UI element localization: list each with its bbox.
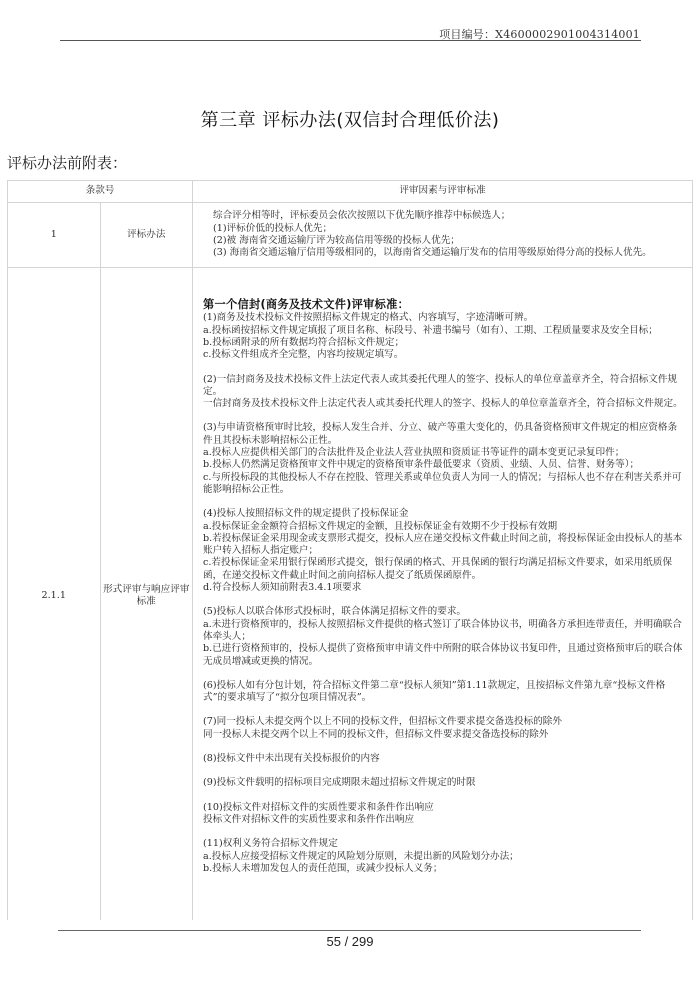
clause-number: 2.1.1: [8, 268, 101, 920]
criteria-block-10: (10)投标文件对招标文件的实质性要求和条件作出响应 投标文件对招标文件的实质性…: [203, 802, 686, 827]
criteria-line: c.与所投标段的其他投标人不存在控股、管理关系或单位负责人为同一人的情况；与招标…: [203, 472, 686, 497]
criteria-line: b.投标人仍然满足资格预审文件中规定的资格预审条件最低要求（资质、业绩、人员、信…: [203, 459, 686, 471]
criteria-line: (3) 海南省交通运输厅信用等级相同的，以海南省交通运输厅发布的信用等级原始得分…: [203, 247, 684, 259]
header-criteria: 评审因素与评审标准: [193, 181, 693, 203]
header-divider: [60, 40, 641, 41]
criteria-cell: 综合评分相等时，评标委员会依次按照以下优先顺序推荐中标候选人； (1)评标价低的…: [193, 203, 693, 268]
criteria-line: c.投标文件组成齐全完整，内容均按规定填写。: [203, 349, 686, 361]
criteria-block-11: (11)权利义务符合招标文件规定 a.投标人应接受招标文件规定的风险划分原则，未…: [203, 838, 686, 875]
clause-item: 形式评审与响应评审标准: [100, 268, 193, 920]
chapter-title: 第三章 评标办法(双信封合理低价法): [0, 106, 700, 132]
header-clause-no: 条款号: [8, 181, 193, 203]
criteria-line: (10)投标文件对招标文件的实质性要求和条件作出响应: [203, 802, 686, 814]
criteria-line: b.若投标保证金采用现金或支票形式提交，投标人应在递交投标文件截止时间之前，将投…: [203, 533, 686, 558]
criteria-block-3: (3)与申请资格预审时比较，投标人发生合并、分立、破产等重大变化的，仍具备资格预…: [203, 422, 686, 496]
criteria-line: d.符合投标人须知前附表3.4.1项要求: [203, 582, 686, 594]
criteria-line: (6)投标人如有分包计划，符合招标文件第二章“投标人须知”第1.11款规定，且按…: [203, 680, 686, 705]
criteria-line: 投标文件对招标文件的实质性要求和条件作出响应: [203, 814, 686, 826]
criteria-line: b.投标人未增加发包人的责任范围，或减少投标人义务；: [203, 863, 686, 875]
table-row: 2.1.1 形式评审与响应评审标准 第一个信封(商务及技术文件)评审标准： (1…: [8, 268, 693, 920]
criteria-block-4: (4)投标人按照招标文件的规定提供了投标保证金 a.投标保证金金额符合招标文件规…: [203, 508, 686, 594]
criteria-block-8: (8)投标文件中未出现有关投标报价的内容: [203, 753, 686, 765]
table-row: 1 评标办法 综合评分相等时，评标委员会依次按照以下优先顺序推荐中标候选人； (…: [8, 203, 693, 268]
clause-number: 1: [8, 203, 101, 268]
criteria-line: a.投标函按招标文件规定填报了项目名称、标段号、补遗书编号（如有）、工期、工程质…: [203, 325, 686, 337]
criteria-line: 一信封商务及技术投标文件上法定代表人或其委托代理人的签字、投标人的单位章盖章齐全…: [203, 398, 686, 410]
criteria-line: a.投标人应接受招标文件规定的风险划分原则，未提出新的风险划分办法；: [203, 851, 686, 863]
criteria-line: (1)商务及技术投标文件按照招标文件规定的格式、内容填写，字迹清晰可辨。: [203, 312, 686, 324]
criteria-line: a.未进行资格预审的，投标人按照招标文件提供的格式签订了联合体协议书，明确各方承…: [203, 619, 686, 644]
page-number: 55 / 299: [0, 934, 700, 949]
envelope-title: 第一个信封(商务及技术文件)评审标准：: [203, 298, 686, 312]
criteria-line: (9)投标文件载明的招标项目完成期限未超过招标文件规定的时限: [203, 777, 686, 789]
criteria-line: a.投标人应提供相关部门的合法批件及企业法人营业执照和资质证书等证件的副本变更记…: [203, 447, 686, 459]
footer-divider: [58, 930, 641, 931]
clause-item: 评标办法: [100, 203, 193, 268]
criteria-line: a.投标保证金金额符合招标文件规定的金额，且投标保证金有效期不少于投标有效期: [203, 521, 686, 533]
criteria-block-9: (9)投标文件载明的招标项目完成期限未超过招标文件规定的时限: [203, 777, 686, 789]
criteria-block-6: (6)投标人如有分包计划，符合招标文件第二章“投标人须知”第1.11款规定，且按…: [203, 680, 686, 705]
criteria-line: (5)投标人以联合体形式投标时，联合体满足招标文件的要求。: [203, 606, 686, 618]
criteria-line: b.投标函附录的所有数据均符合招标文件规定；: [203, 337, 686, 349]
criteria-line: (11)权利义务符合招标文件规定: [203, 838, 686, 850]
criteria-line: (1)评标价低的投标人优先；: [203, 223, 684, 235]
criteria-line: (7)同一投标人未提交两个以上不同的投标文件，但招标文件要求提交备选投标的除外: [203, 716, 686, 728]
criteria-line: (2)一信封商务及技术投标文件上法定代表人或其委托代理人的签字、投标人的单位章盖…: [203, 374, 686, 399]
criteria-line: b.已进行资格预审的，投标人提供了资格预审申请文件中所附的联合体协议书复印件，且…: [203, 643, 686, 668]
table-header-row: 条款号 评审因素与评审标准: [8, 181, 693, 203]
criteria-cell: 第一个信封(商务及技术文件)评审标准： (1)商务及技术投标文件按照招标文件规定…: [193, 268, 693, 920]
criteria-line: 综合评分相等时，评标委员会依次按照以下优先顺序推荐中标候选人；: [203, 210, 684, 222]
evaluation-table: 条款号 评审因素与评审标准 1 评标办法 综合评分相等时，评标委员会依次按照以下…: [7, 180, 693, 920]
criteria-line: (8)投标文件中未出现有关投标报价的内容: [203, 753, 686, 765]
criteria-block-2: (2)一信封商务及技术投标文件上法定代表人或其委托代理人的签字、投标人的单位章盖…: [203, 374, 686, 411]
criteria-line: (2)被 海南省交通运输厅评为较高信用等级的投标人优先；: [203, 235, 684, 247]
criteria-line: (3)与申请资格预审时比较，投标人发生合并、分立、破产等重大变化的，仍具备资格预…: [203, 422, 686, 447]
criteria-line: c.若投标保证金采用银行保函形式提交，银行保函的格式、开具保函的银行均满足招标文…: [203, 557, 686, 582]
criteria-line: (4)投标人按照招标文件的规定提供了投标保证金: [203, 508, 686, 520]
criteria-block-1: (1)商务及技术投标文件按照招标文件规定的格式、内容填写，字迹清晰可辨。 a.投…: [203, 312, 686, 361]
criteria-block-7: (7)同一投标人未提交两个以上不同的投标文件，但招标文件要求提交备选投标的除外 …: [203, 716, 686, 741]
section-title: 评标办法前附表：: [7, 152, 127, 173]
criteria-line: 同一投标人未提交两个以上不同的投标文件，但招标文件要求提交备选投标的除外: [203, 729, 686, 741]
criteria-block-5: (5)投标人以联合体形式投标时，联合体满足招标文件的要求。 a.未进行资格预审的…: [203, 606, 686, 667]
